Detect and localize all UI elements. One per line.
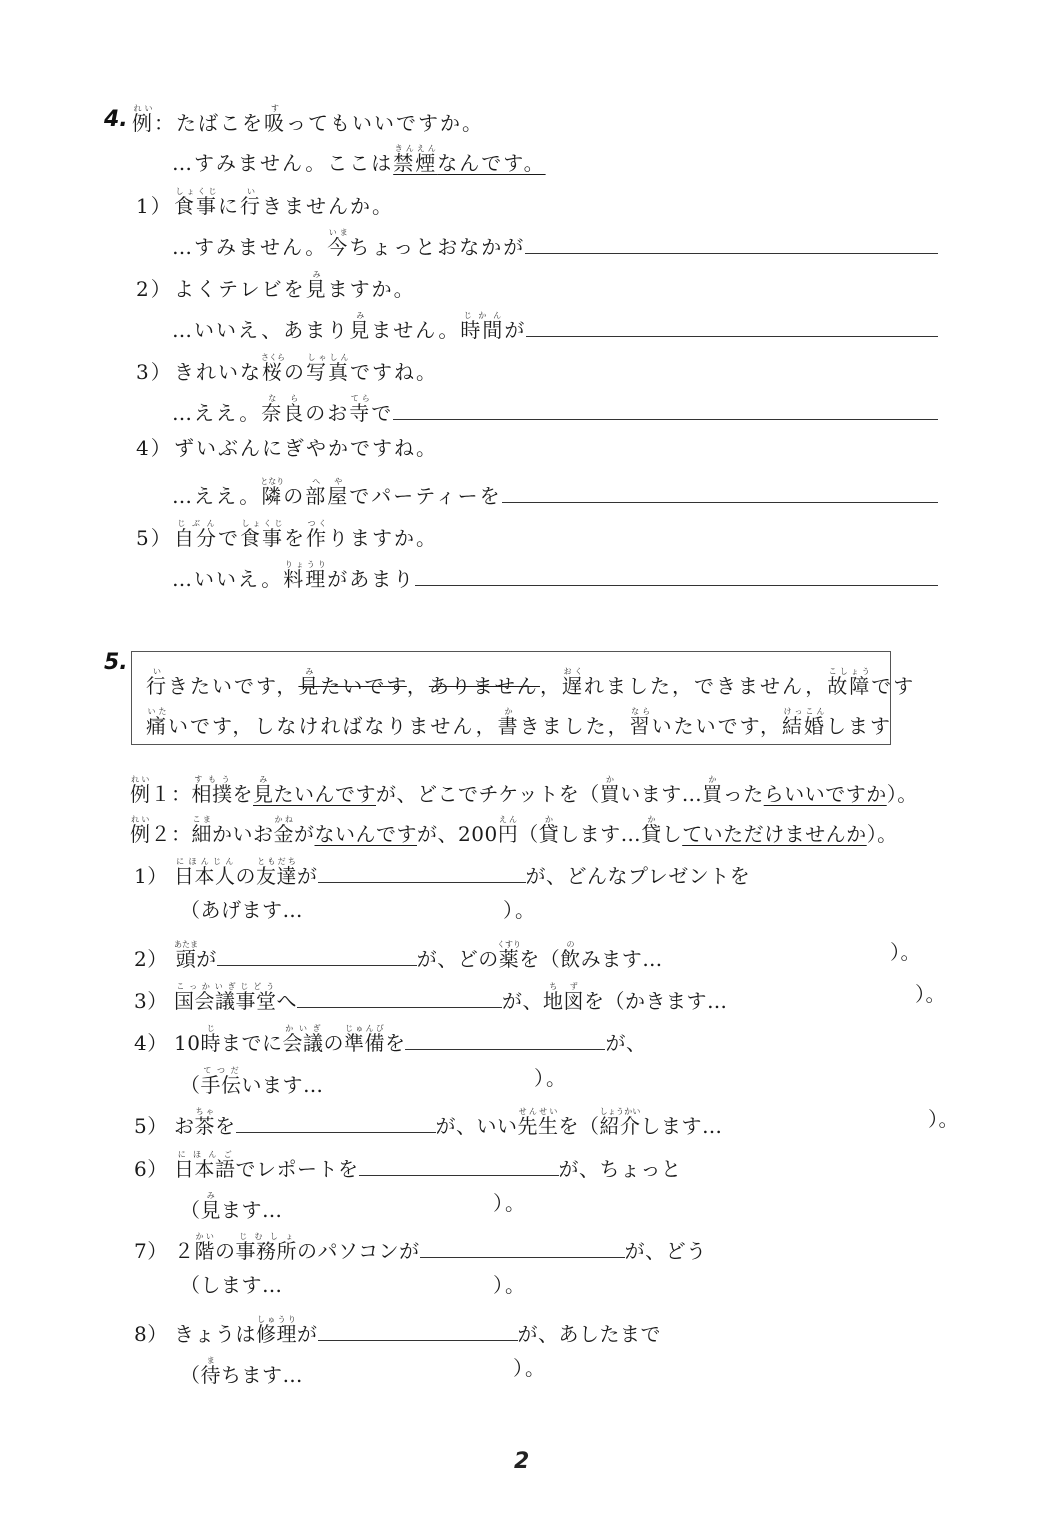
answer-blank-3[interactable] [297, 987, 502, 1008]
example-answer: ていただけませんか [682, 822, 867, 846]
separator: ， [672, 674, 694, 698]
item-7-line-1: 7）２階かいの事務所じむしょのパソコンがが、どう [134, 1232, 707, 1263]
example-answer: …すみません。ここは禁煙きんえんなんです。 [172, 144, 546, 175]
answer-blank-1[interactable] [318, 862, 526, 883]
example-label: 例れい [132, 111, 154, 135]
closing-paren: ）。 [493, 1191, 527, 1215]
section-number: 5. [104, 650, 128, 675]
word-option: 故障こしょうです [827, 674, 915, 698]
question-2: 2）よくテレビを見みますか。 [136, 270, 416, 301]
word-box-row-1: 行いきたいです，見みたいです，ありません，遅おくれました，できません，故障こしょ… [146, 667, 915, 698]
item-7-line-2: （します… [180, 1273, 493, 1297]
item-number: 1） [136, 194, 174, 218]
word-option-used: 見みたいです [298, 674, 406, 698]
word-option: しなければなりません [254, 714, 475, 738]
word-option: 習ならいたいです [630, 714, 760, 738]
answer-blank-4[interactable] [502, 482, 938, 503]
item-number: 4） [134, 1031, 174, 1055]
separator: ， [760, 714, 782, 738]
example-underlined: 見みたいんです [253, 782, 376, 806]
item-3-line-1: 3）国会議事堂こっかいぎじどうへが、地図ちずを（かきます…）。 [134, 982, 728, 1013]
word-option-used: ありません [429, 674, 540, 698]
question-5: 5）自分じぶんで食事しょくじを作つくりますか。 [136, 519, 438, 550]
item-2-line-1: 2）頭あたまがが、どの薬くすりを（飲のみます…）。 [134, 940, 663, 971]
answer-line-2: …いいえ、あまり見みません。時間じかんが [172, 311, 938, 342]
item-1-line-1: 1）日本人にほんじんの友達ともだちがが、どんなプレゼントを [134, 857, 750, 888]
item-number: 3） [136, 360, 174, 384]
word-option: 行いきたいです [146, 674, 276, 698]
item-6-line-2: （見みます… [180, 1191, 493, 1222]
answer-line-3: …ええ。奈良ならのお寺てらで [172, 394, 938, 425]
item-number: 1） [134, 864, 174, 888]
item-number: 6） [134, 1157, 174, 1181]
word-option: 書かきました [498, 714, 608, 738]
word-box-row-2: 痛いたいです，しなければなりません，書かきました，習ならいたいです，結婚けっこん… [146, 707, 892, 738]
answer-blank-8[interactable] [318, 1320, 518, 1341]
word-option: 痛いたいです [146, 714, 232, 738]
example-answer-underlined: 禁煙きんえんなんです。 [393, 151, 545, 175]
page-number: 2 [514, 1449, 529, 1474]
separator: ， [232, 714, 254, 738]
word-option: 遅おくれました [562, 674, 672, 698]
example-1: 例れい１：相撲すもうを見みたいんですが、どこでチケットを（買かいます…買かったら… [130, 775, 918, 806]
question-3: 3）きれいな桜さくらの写真しゃしんですね。 [136, 353, 438, 384]
item-5-line-1: 5）お茶ちゃをが、いい先生せんせいを（紹介しょうかいします…）。 [134, 1107, 723, 1138]
example-2: 例れい２：細こまかいお金かねがないんですが、200円えん（貸かします…貸かしてい… [130, 815, 898, 846]
question-4: 4）ずいぶんにぎやかですね。 [136, 436, 438, 460]
word-option: 結婚けっこんします [782, 714, 892, 738]
answer-blank-2[interactable] [526, 316, 938, 337]
item-number: 5） [136, 526, 174, 550]
item-number: 2） [136, 277, 174, 301]
separator: ， [540, 674, 562, 698]
closing-paren: ）。 [534, 1066, 568, 1090]
separator: ， [608, 714, 630, 738]
item-4-line-1: 4）10時じまでに会議かいぎの準備じゅんびをが、 [134, 1024, 646, 1055]
closing-paren: ）。 [928, 1107, 959, 1131]
section-number: 4. [104, 107, 128, 132]
item-number: 7） [134, 1239, 174, 1263]
closing-paren: ）。 [915, 982, 946, 1006]
answer-line-5: …いいえ。料理りょうりがあまり [172, 560, 938, 591]
item-number: 5） [134, 1114, 174, 1138]
item-number: 4） [136, 436, 174, 460]
question-1: 1）食事しょくじに行いきませんか。 [136, 187, 394, 218]
answer-blank-4[interactable] [405, 1029, 605, 1050]
answer-blank-5[interactable] [415, 565, 938, 586]
example-underlined: ないんです [315, 822, 418, 846]
answer-blank-2[interactable] [217, 945, 417, 966]
separator: ， [407, 674, 429, 698]
closing-paren: ）。 [513, 1356, 547, 1380]
answer-blank-3[interactable] [393, 399, 938, 420]
answer-blank-6[interactable] [359, 1155, 559, 1176]
separator: ， [476, 714, 498, 738]
separator: ， [276, 674, 298, 698]
answer-blank-1[interactable] [525, 233, 938, 254]
answer-blank-5[interactable] [236, 1112, 436, 1133]
answer-blank-7[interactable] [420, 1237, 625, 1258]
example-answer: らいいですか [764, 782, 887, 806]
item-number: 8） [134, 1322, 174, 1346]
item-8-line-1: 8）きょうは修理しゅうりがが、あしたまで [134, 1315, 661, 1346]
word-option: できません [694, 674, 805, 698]
item-1-line-2: （あげます… [180, 898, 503, 922]
example-question: 例れい：たばこを吸すってもいいですか。 [132, 104, 484, 135]
closing-paren: ）。 [503, 898, 537, 922]
answer-line-1: …すみません。今いまちょっとおなかが [172, 228, 938, 259]
item-6-line-1: 6）日本語にほんごでレポートをが、ちょっと [134, 1150, 682, 1181]
closing-paren: ）。 [890, 940, 921, 964]
item-number: 2） [134, 947, 174, 971]
answer-line-4: …ええ。隣となりの部屋へやでパーティーを [172, 477, 938, 508]
separator: ， [805, 674, 827, 698]
item-8-line-2: （待まちます… [180, 1356, 513, 1387]
item-number: 3） [134, 989, 174, 1013]
item-4-line-2: （手伝てつだいます… [180, 1066, 534, 1097]
closing-paren: ）。 [493, 1273, 527, 1297]
